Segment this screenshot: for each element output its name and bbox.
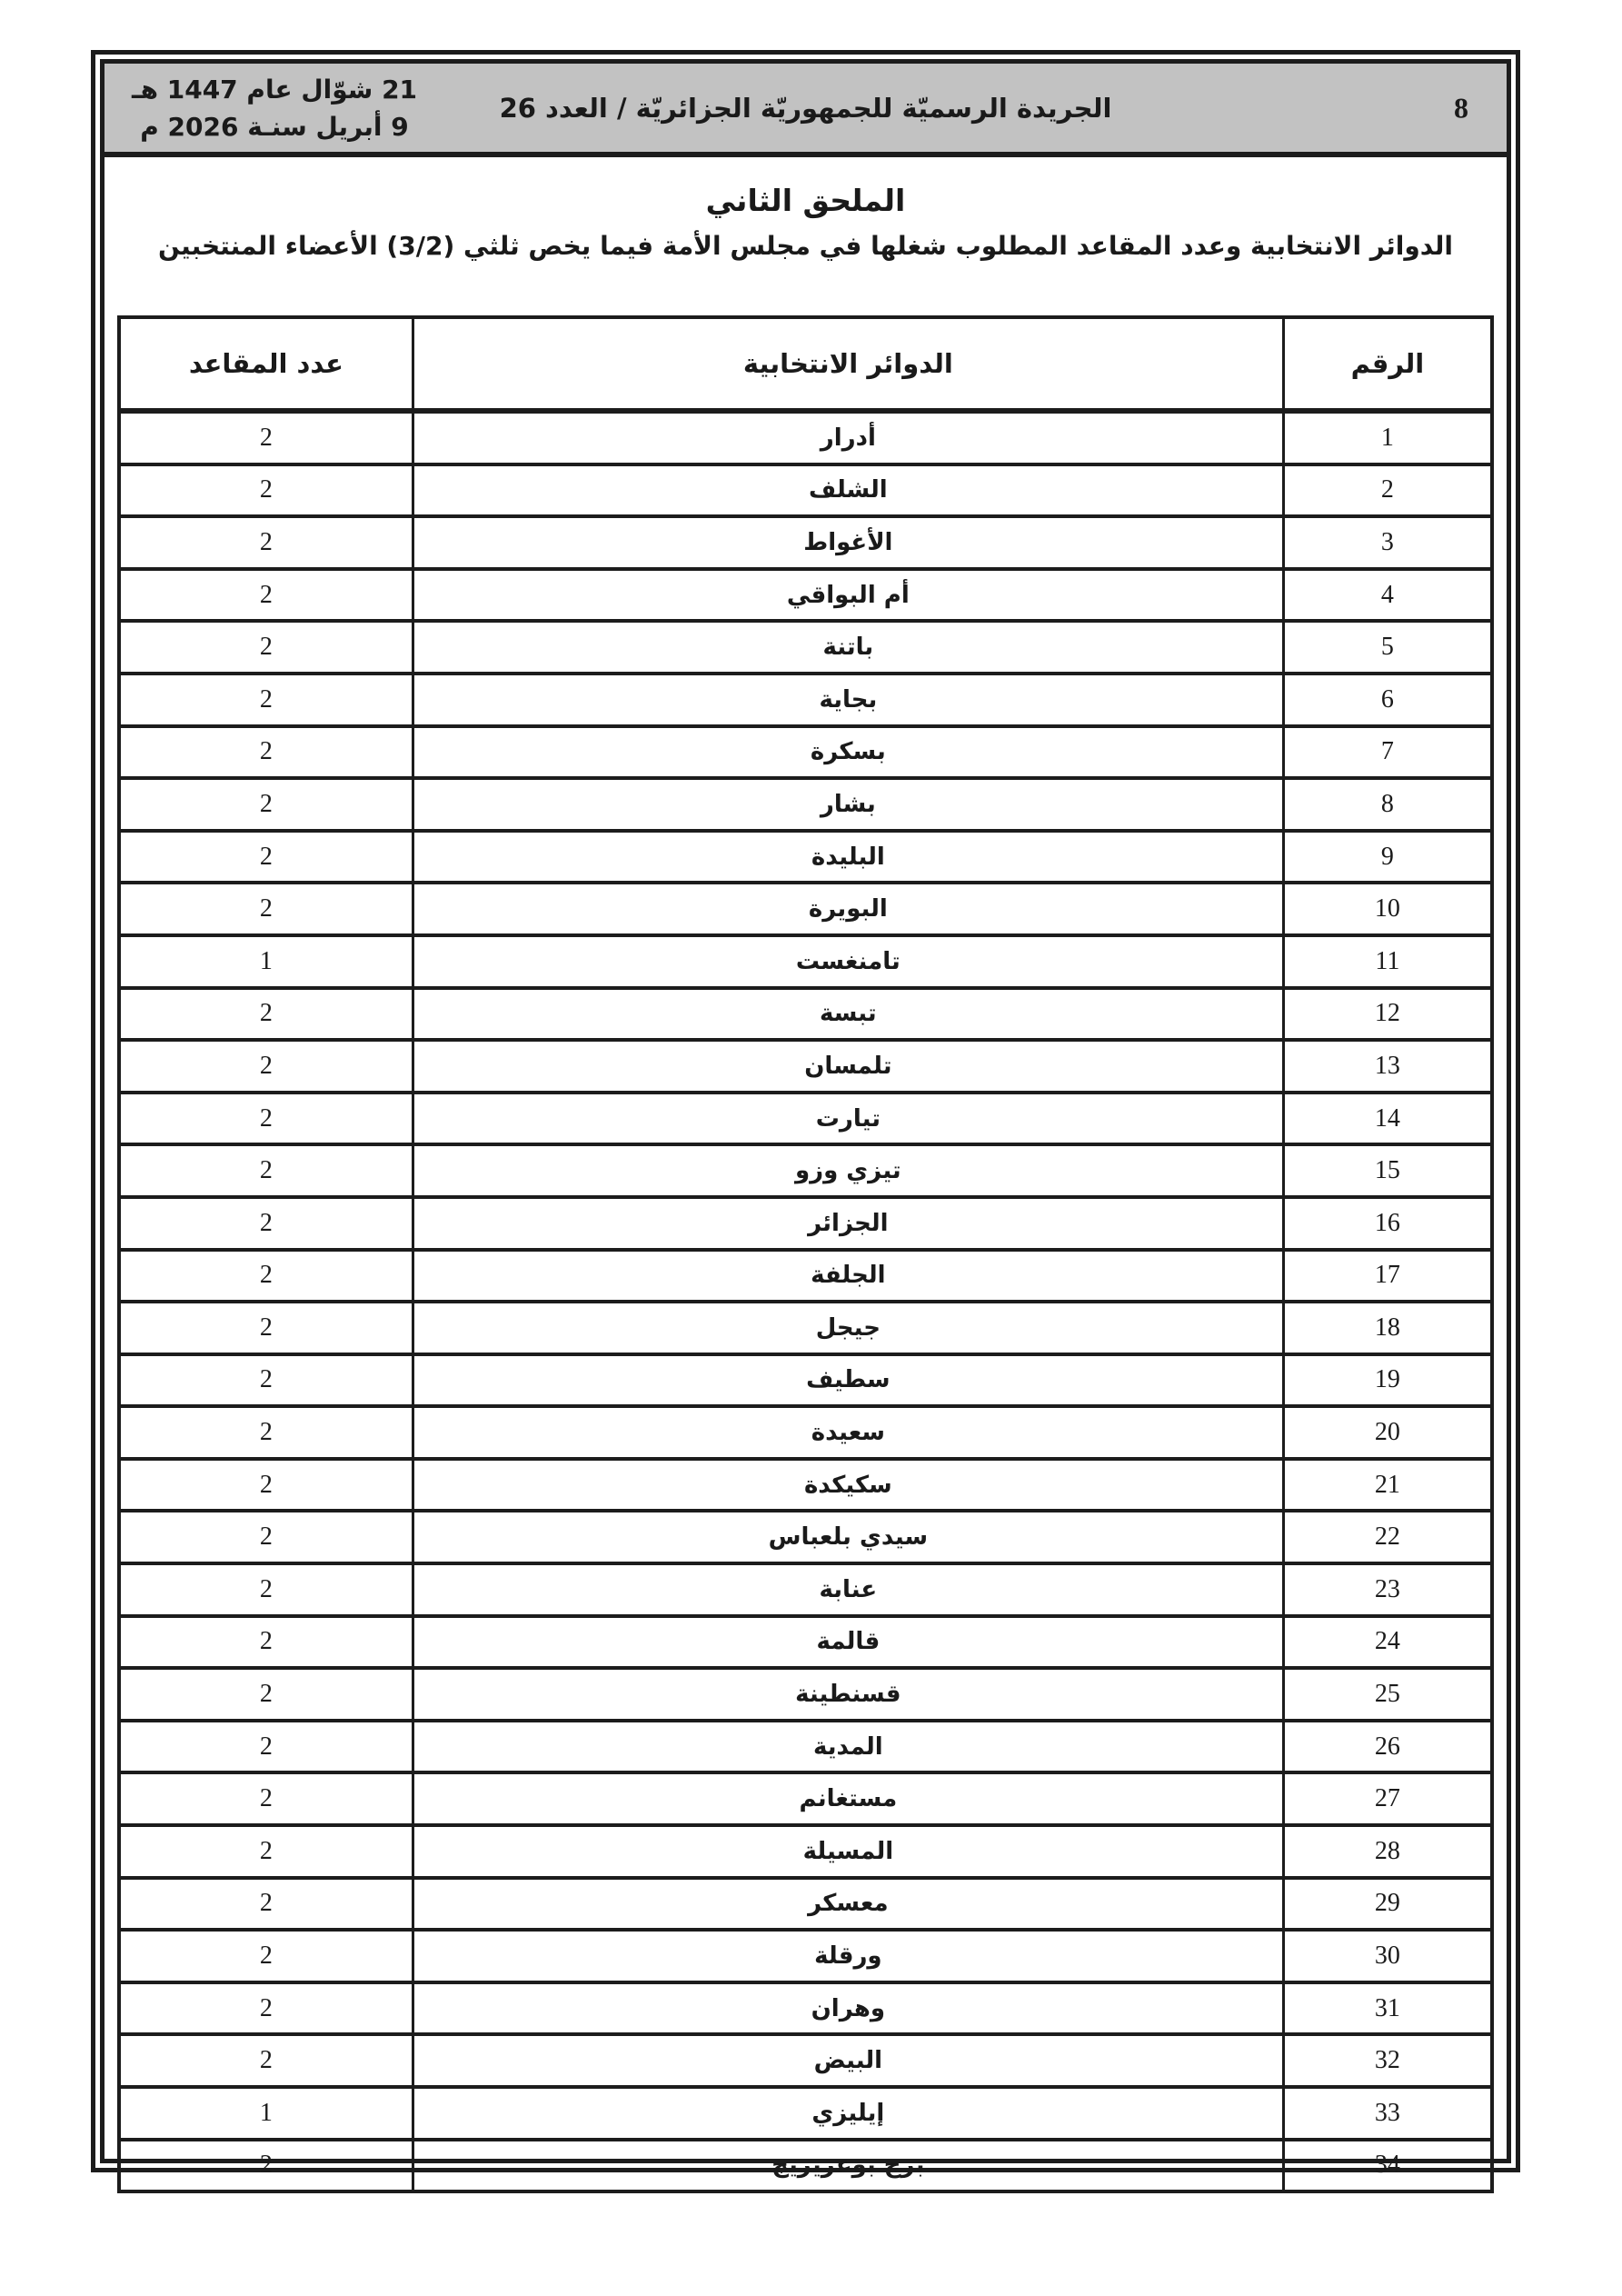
cell-seats: 2 [119, 1825, 413, 1878]
cell-district: أم البواقي [413, 569, 1283, 622]
cell-seats: 1 [119, 935, 413, 988]
table-row: 27مستغانم2 [119, 1772, 1492, 1825]
cell-district: الجلفة [413, 1250, 1283, 1303]
cell-seats: 2 [119, 1354, 413, 1407]
cell-seats: 2 [119, 1302, 413, 1354]
table-row: 23عنابة2 [119, 1563, 1492, 1616]
electoral-districts-table: الرقم الدوائر الانتخابية عدد المقاعد 1أد… [117, 315, 1494, 2193]
cell-number: 31 [1283, 1982, 1492, 2035]
table-row: 10البويرة2 [119, 883, 1492, 935]
cell-district: أدرار [413, 411, 1283, 464]
cell-district: البويرة [413, 883, 1283, 935]
cell-district: بشار [413, 778, 1283, 831]
cell-seats: 2 [119, 1459, 413, 1512]
cell-seats: 2 [119, 1668, 413, 1721]
cell-number: 2 [1283, 464, 1492, 517]
cell-number: 22 [1283, 1511, 1492, 1563]
cell-district: سكيكدة [413, 1459, 1283, 1512]
column-header-number: الرقم [1283, 317, 1492, 411]
table-row: 19سطيف2 [119, 1354, 1492, 1407]
table-row: 21سكيكدة2 [119, 1459, 1492, 1512]
table-row: 32البيض2 [119, 2034, 1492, 2087]
cell-district: قسنطينة [413, 1668, 1283, 1721]
cell-seats: 2 [119, 1930, 413, 1982]
table-row: 31وهران2 [119, 1982, 1492, 2035]
cell-seats: 2 [119, 1144, 413, 1197]
table-row: 12تبسة2 [119, 988, 1492, 1041]
cell-district: قالمة [413, 1616, 1283, 1669]
table-header-row: الرقم الدوائر الانتخابية عدد المقاعد [119, 317, 1492, 411]
cell-district: برج بوعريريج [413, 2140, 1283, 2192]
table-row: 30ورقلة2 [119, 1930, 1492, 1982]
table-row: 2الشلف2 [119, 464, 1492, 517]
cell-seats: 2 [119, 726, 413, 779]
table-row: 26المدية2 [119, 1721, 1492, 1773]
cell-number: 7 [1283, 726, 1492, 779]
cell-district: المسيلة [413, 1825, 1283, 1878]
cell-number: 11 [1283, 935, 1492, 988]
table-row: 20سعيدة2 [119, 1406, 1492, 1459]
cell-district: سطيف [413, 1354, 1283, 1407]
page-number: 8 [1454, 91, 1468, 125]
cell-seats: 2 [119, 778, 413, 831]
cell-district: ورقلة [413, 1930, 1283, 1982]
cell-district: عنابة [413, 1563, 1283, 1616]
cell-seats: 2 [119, 516, 413, 569]
cell-number: 9 [1283, 831, 1492, 883]
table-row: 9البليدة2 [119, 831, 1492, 883]
cell-district: سعيدة [413, 1406, 1283, 1459]
cell-seats: 2 [119, 1878, 413, 1931]
cell-seats: 2 [119, 1093, 413, 1145]
cell-district: بجاية [413, 674, 1283, 726]
cell-district: تيارت [413, 1093, 1283, 1145]
cell-seats: 2 [119, 1040, 413, 1093]
cell-seats: 2 [119, 569, 413, 622]
cell-district: تبسة [413, 988, 1283, 1041]
column-header-seats: عدد المقاعد [119, 317, 413, 411]
cell-seats: 2 [119, 464, 413, 517]
cell-district: الأغواط [413, 516, 1283, 569]
table-row: 28المسيلة2 [119, 1825, 1492, 1878]
table-row: 3الأغواط2 [119, 516, 1492, 569]
journal-title: الجريدة الرسميّة للجمهوريّة الجزائريّة /… [104, 93, 1507, 124]
cell-district: البليدة [413, 831, 1283, 883]
table-row: 5باتنة2 [119, 621, 1492, 674]
cell-number: 18 [1283, 1302, 1492, 1354]
cell-seats: 2 [119, 1982, 413, 2035]
cell-seats: 2 [119, 1616, 413, 1669]
cell-number: 17 [1283, 1250, 1492, 1303]
cell-district: وهران [413, 1982, 1283, 2035]
running-head-band: 21 شوّال عام 1447 هـ 9 أبريل سنـة 2026 م… [104, 64, 1507, 157]
cell-district: سيدي بلعباس [413, 1511, 1283, 1563]
cell-district: تلمسان [413, 1040, 1283, 1093]
table-row: 29معسكر2 [119, 1878, 1492, 1931]
cell-seats: 2 [119, 1721, 413, 1773]
cell-number: 15 [1283, 1144, 1492, 1197]
annex-subtitle: الدوائر الانتخابية وعدد المقاعد المطلوب … [104, 226, 1507, 266]
cell-seats: 2 [119, 1406, 413, 1459]
cell-number: 12 [1283, 988, 1492, 1041]
cell-district: البيض [413, 2034, 1283, 2087]
cell-district: الجزائر [413, 1197, 1283, 1250]
cell-number: 14 [1283, 1093, 1492, 1145]
cell-district: المدية [413, 1721, 1283, 1773]
table-row: 15تيزي وزو2 [119, 1144, 1492, 1197]
cell-district: تامنغست [413, 935, 1283, 988]
cell-number: 34 [1283, 2140, 1492, 2192]
table-row: 7بسكرة2 [119, 726, 1492, 779]
cell-district: إيليزي [413, 2087, 1283, 2140]
table-row: 17الجلفة2 [119, 1250, 1492, 1303]
cell-number: 3 [1283, 516, 1492, 569]
cell-seats: 2 [119, 1772, 413, 1825]
cell-seats: 2 [119, 621, 413, 674]
cell-district: معسكر [413, 1878, 1283, 1931]
cell-district: جيجل [413, 1302, 1283, 1354]
cell-number: 25 [1283, 1668, 1492, 1721]
cell-seats: 2 [119, 988, 413, 1041]
table-row: 11تامنغست1 [119, 935, 1492, 988]
cell-number: 6 [1283, 674, 1492, 726]
cell-seats: 2 [119, 2034, 413, 2087]
cell-number: 33 [1283, 2087, 1492, 2140]
table-row: 4أم البواقي2 [119, 569, 1492, 622]
cell-number: 1 [1283, 411, 1492, 464]
cell-number: 32 [1283, 2034, 1492, 2087]
table-row: 13تلمسان2 [119, 1040, 1492, 1093]
cell-number: 27 [1283, 1772, 1492, 1825]
cell-seats: 2 [119, 1563, 413, 1616]
cell-number: 16 [1283, 1197, 1492, 1250]
annex-title: الملحق الثاني [104, 181, 1507, 221]
cell-number: 20 [1283, 1406, 1492, 1459]
cell-district: تيزي وزو [413, 1144, 1283, 1197]
cell-number: 19 [1283, 1354, 1492, 1407]
cell-number: 23 [1283, 1563, 1492, 1616]
table-row: 1أدرار2 [119, 411, 1492, 464]
cell-number: 4 [1283, 569, 1492, 622]
cell-number: 29 [1283, 1878, 1492, 1931]
cell-number: 5 [1283, 621, 1492, 674]
table-row: 22سيدي بلعباس2 [119, 1511, 1492, 1563]
column-header-district: الدوائر الانتخابية [413, 317, 1283, 411]
cell-number: 10 [1283, 883, 1492, 935]
cell-seats: 2 [119, 831, 413, 883]
cell-seats: 2 [119, 1197, 413, 1250]
cell-number: 21 [1283, 1459, 1492, 1512]
table-row: 8بشار2 [119, 778, 1492, 831]
gazette-page: { "colors": { "band_gray": "#c2c2c2", "r… [0, 0, 1622, 2296]
cell-seats: 1 [119, 2087, 413, 2140]
table-row: 33إيليزي1 [119, 2087, 1492, 2140]
cell-seats: 2 [119, 1511, 413, 1563]
cell-district: بسكرة [413, 726, 1283, 779]
cell-number: 24 [1283, 1616, 1492, 1669]
cell-number: 8 [1283, 778, 1492, 831]
cell-seats: 2 [119, 411, 413, 464]
table-row: 18جيجل2 [119, 1302, 1492, 1354]
table-row: 6بجاية2 [119, 674, 1492, 726]
cell-district: مستغانم [413, 1772, 1283, 1825]
table-row: 25قسنطينة2 [119, 1668, 1492, 1721]
page-frame-inner: 21 شوّال عام 1447 هـ 9 أبريل سنـة 2026 م… [100, 59, 1511, 2163]
cell-district: الشلف [413, 464, 1283, 517]
cell-number: 28 [1283, 1825, 1492, 1878]
table-row: 16الجزائر2 [119, 1197, 1492, 1250]
page-frame-outer: 21 شوّال عام 1447 هـ 9 أبريل سنـة 2026 م… [91, 50, 1520, 2172]
cell-district: باتنة [413, 621, 1283, 674]
cell-seats: 2 [119, 1250, 413, 1303]
cell-number: 26 [1283, 1721, 1492, 1773]
cell-seats: 2 [119, 674, 413, 726]
table-row: 24قالمة2 [119, 1616, 1492, 1669]
cell-number: 13 [1283, 1040, 1492, 1093]
cell-number: 30 [1283, 1930, 1492, 1982]
table-row: 14تيارت2 [119, 1093, 1492, 1145]
cell-seats: 2 [119, 883, 413, 935]
table-body: 1أدرار22الشلف23الأغواط24أم البواقي25باتن… [119, 411, 1492, 2191]
table-row: 34برج بوعريريج2 [119, 2140, 1492, 2192]
cell-seats: 2 [119, 2140, 413, 2192]
